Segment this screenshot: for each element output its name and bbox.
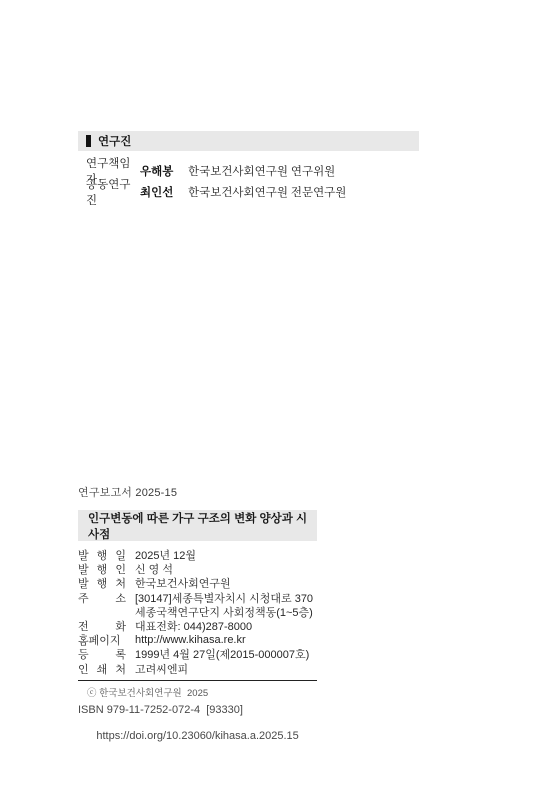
- list-item: 세종국책연구단지 사회정책동(1~5층): [78, 605, 438, 619]
- homepage-link[interactable]: http://www.kihasa.re.kr: [135, 634, 246, 646]
- researcher-role: 공동연구진: [86, 176, 140, 208]
- pub-label: 주 소: [78, 590, 126, 606]
- report-number: 연구보고서 2025-15: [78, 484, 438, 500]
- colophon-page: 연구진 연구책임자 우해봉 한국보건사회연구원 연구위원 공동연구진 최인선 한…: [0, 0, 546, 800]
- doi-link[interactable]: https://doi.org/10.23060/kihasa.a.2025.1…: [96, 730, 298, 742]
- section-marker-bar-icon: [86, 135, 91, 147]
- researcher-name: 최인선: [140, 184, 188, 200]
- publication-info-section: 연구보고서 2025-15 인구변동에 따른 가구 구조의 변화 양상과 시사점…: [78, 484, 438, 754]
- isbn-number: ISBN 979-11-7252-072-4 [93330]: [78, 704, 438, 716]
- researcher-table: 연구책임자 우해봉 한국보건사회연구원 연구위원 공동연구진 최인선 한국보건사…: [78, 160, 419, 203]
- list-item: 전 화 대표전화: 044)287-8000: [78, 619, 438, 633]
- pub-label: 인 쇄 처: [78, 661, 126, 677]
- copyright-notice: ⓒ 한국보건사회연구원 2025: [78, 685, 438, 699]
- list-item: 인 쇄 처 고려씨엔피: [78, 662, 438, 676]
- research-team-section: 연구진 연구책임자 우해봉 한국보건사회연구원 연구위원 공동연구진 최인선 한…: [78, 131, 419, 203]
- report-title-box: 인구변동에 따른 가구 구조의 변화 양상과 시사점: [78, 510, 317, 541]
- list-item: 등 록 1999년 4월 27일(제2015-000007호): [78, 647, 438, 661]
- publication-details-list: 발 행 일 2025년 12월 발 행 인 신 영 석 발 행 처 한국보건사회…: [78, 548, 438, 676]
- research-team-title: 연구진: [98, 133, 131, 149]
- researcher-name: 우해봉: [140, 163, 188, 179]
- table-row: 공동연구진 최인선 한국보건사회연구원 전문연구원: [78, 182, 419, 204]
- researcher-affiliation: 한국보건사회연구원 전문연구원: [188, 184, 346, 200]
- list-item: 주 소 [30147]세종특별자치시 시청대로 370: [78, 591, 438, 605]
- doi-link-line: https://doi.org/10.23060/kihasa.a.2025.1…: [78, 718, 438, 754]
- pub-value: 고려씨엔피: [135, 661, 188, 677]
- list-item: 홈페이지 http://www.kihasa.re.kr: [78, 633, 438, 647]
- research-team-header: 연구진: [78, 131, 419, 151]
- pub-value: 대표전화: 044)287-8000: [135, 618, 252, 634]
- list-item: 발 행 일 2025년 12월: [78, 548, 438, 562]
- list-item: 발 행 처 한국보건사회연구원: [78, 576, 438, 590]
- report-title: 인구변동에 따른 가구 구조의 변화 양상과 시사점: [88, 510, 317, 542]
- list-item: 발 행 인 신 영 석: [78, 562, 438, 576]
- researcher-affiliation: 한국보건사회연구원 연구위원: [188, 163, 335, 179]
- divider: [78, 680, 317, 681]
